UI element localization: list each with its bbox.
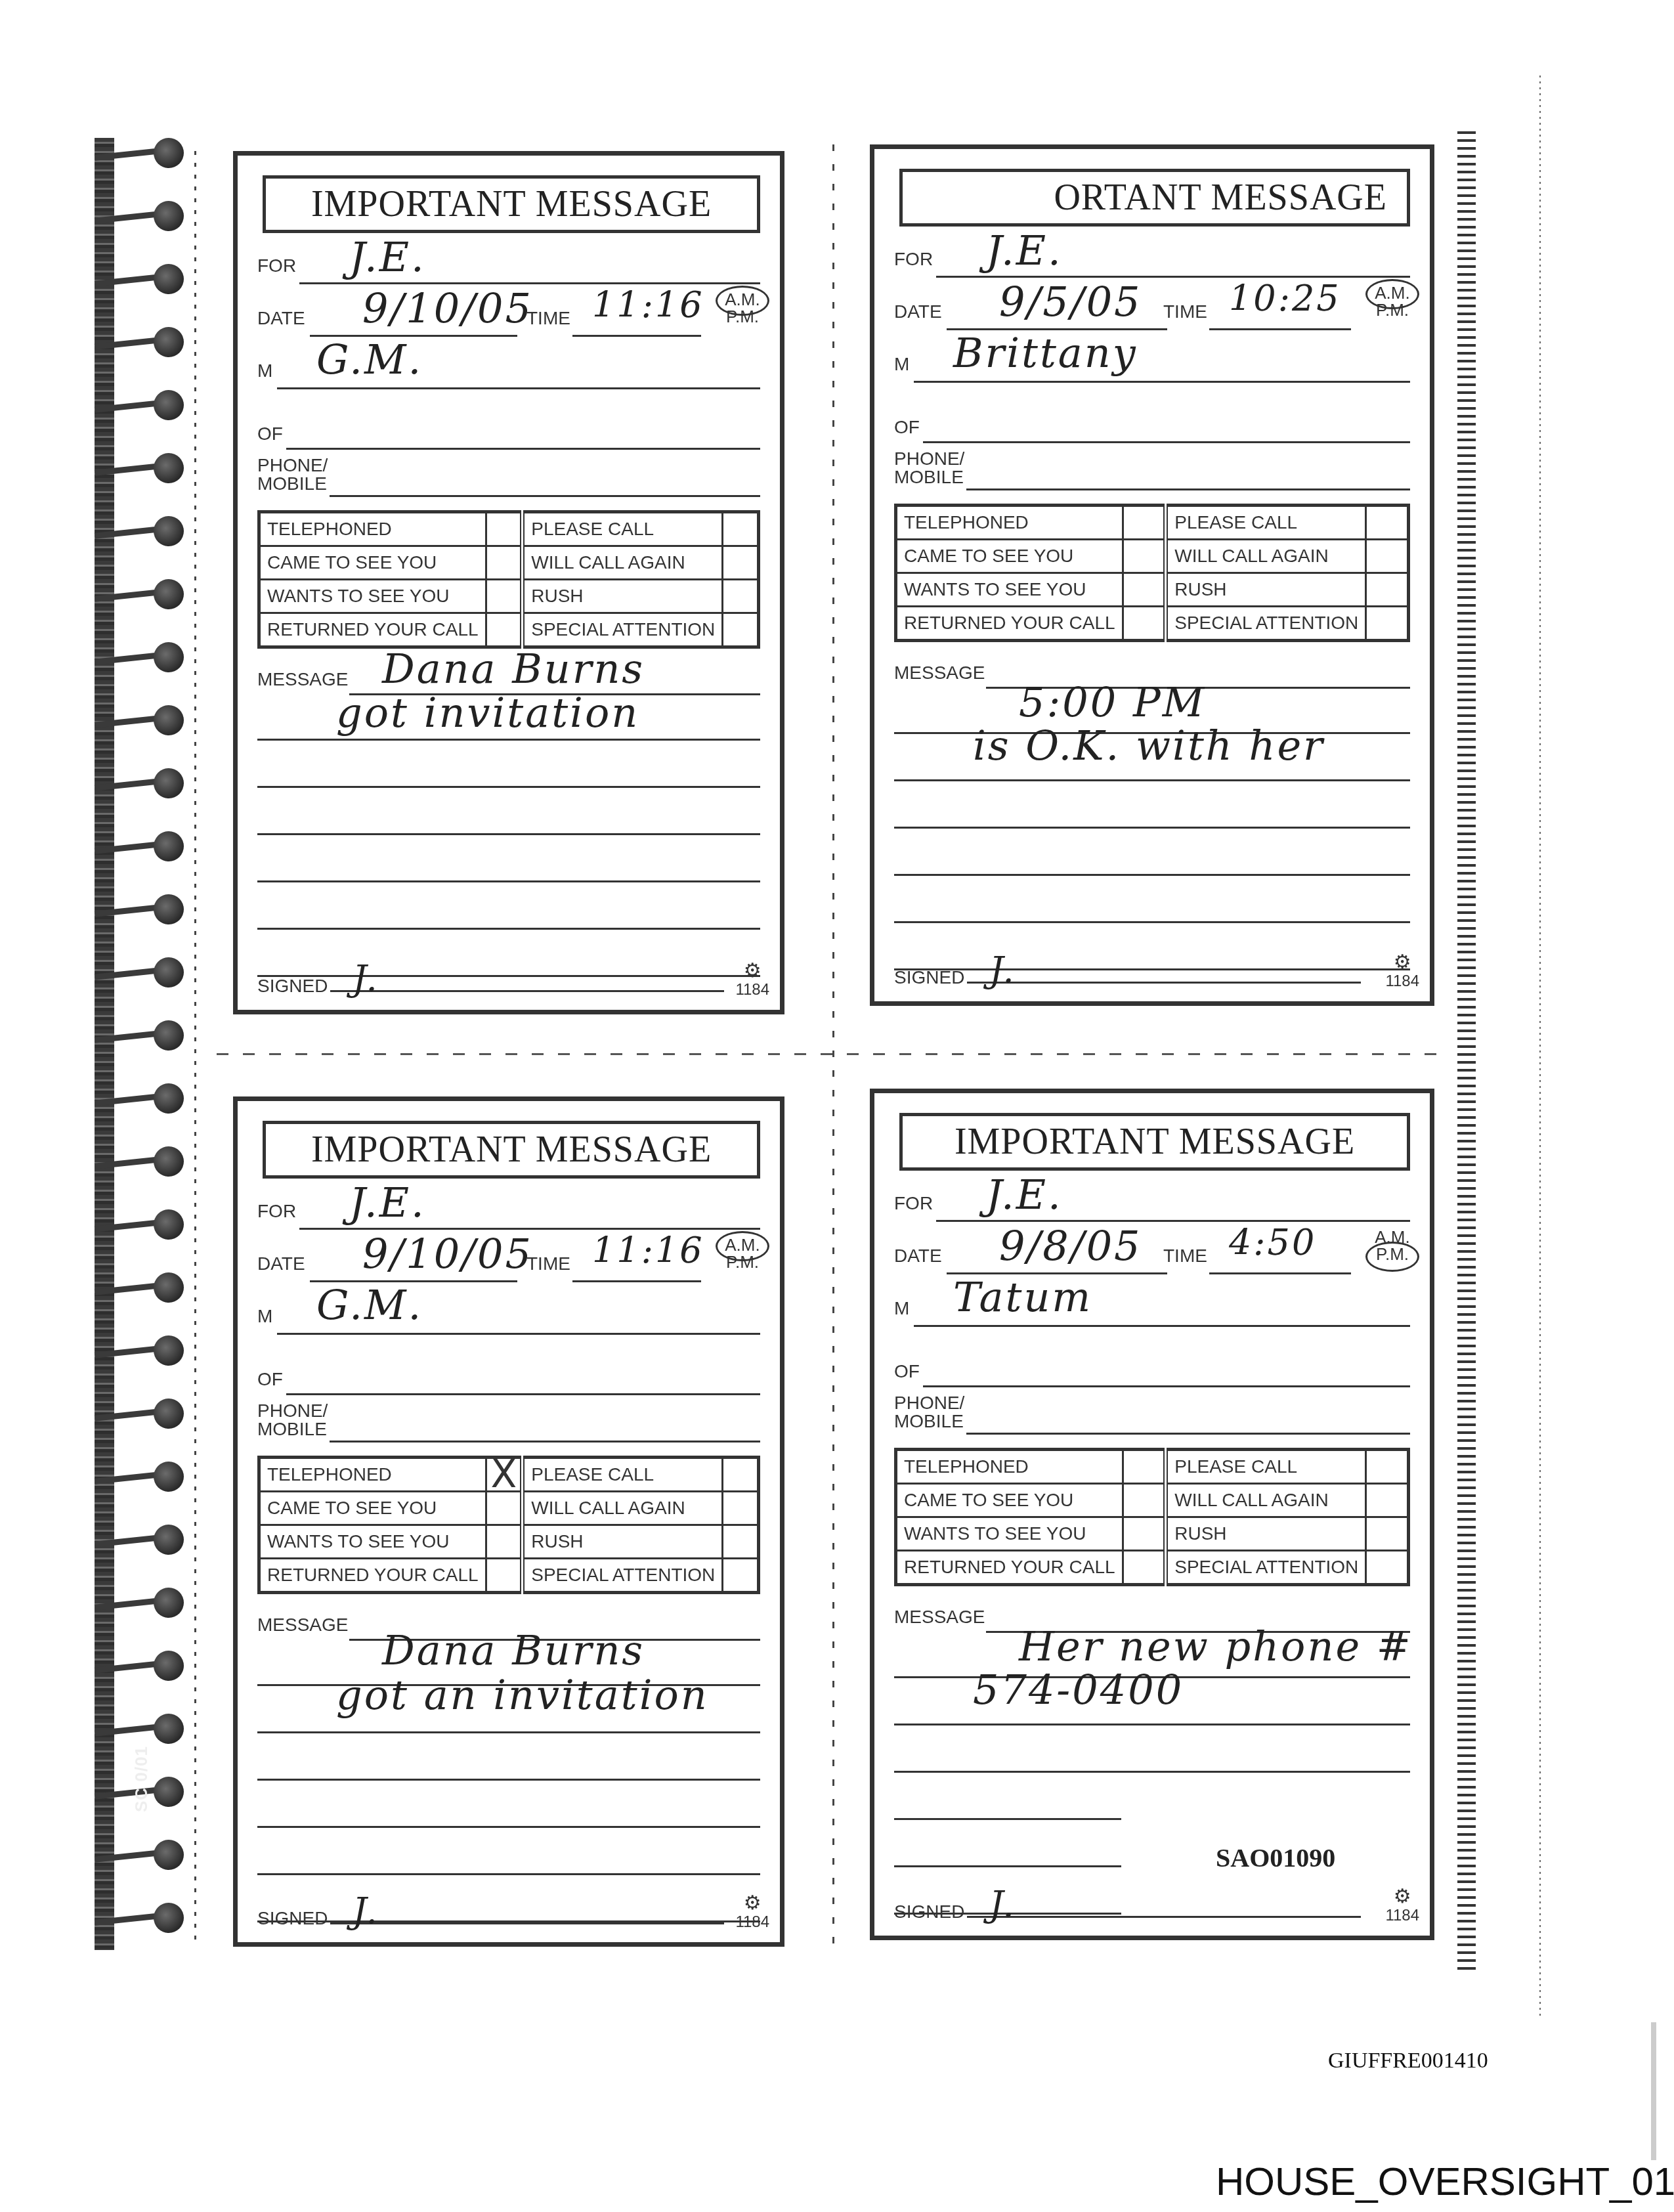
checkbox-label: WILL CALL AGAIN (1166, 540, 1366, 573)
for-value: J.E. (986, 227, 1063, 274)
message-rule (257, 880, 760, 882)
checkbox[interactable] (723, 1525, 759, 1559)
checkbox-label: TELEPHONED (259, 512, 486, 546)
message-rule (257, 833, 760, 835)
message-line-2: 574-0400 (973, 1666, 1184, 1714)
spiral-ring (85, 705, 184, 735)
phone-field: PHONE/MOBILE (894, 1394, 1410, 1435)
checkbox-row: WANTS TO SEE YOURUSH (259, 1525, 759, 1559)
spiral-ring (85, 453, 184, 483)
spiral-ring (85, 957, 184, 987)
date-value: 9/10/05 (362, 1230, 533, 1278)
am-pm-circle (1365, 279, 1419, 309)
message-line-2: got an invitation (336, 1671, 709, 1719)
checkbox-label: TELEPHONED (259, 1458, 486, 1492)
signed-field: SIGNED (257, 976, 724, 997)
checkbox[interactable] (723, 512, 759, 546)
spiral-ring (85, 201, 184, 231)
checkbox-grid: TELEPHONEDPLEASE CALLCAME TO SEE YOUWILL… (894, 1448, 1410, 1586)
checkbox-label: CAME TO SEE YOU (896, 1484, 1123, 1517)
for-value: J.E. (349, 1179, 426, 1226)
date-value: 9/10/05 (362, 284, 533, 332)
checkbox[interactable] (723, 613, 759, 647)
message-line-2: got invitation (336, 689, 639, 737)
checkbox[interactable] (723, 1559, 759, 1593)
publisher-logo-icon: ⚙ (1385, 1887, 1419, 1907)
checkbox[interactable] (1366, 540, 1409, 573)
date-value: 9/8/05 (999, 1222, 1142, 1270)
checkbox[interactable] (723, 580, 759, 613)
checkbox-label: TELEPHONED (896, 1450, 1123, 1484)
message-card-top-left: IMPORTANT MESSAGE FOR J.E. DATE TIME 9/1… (233, 151, 784, 1014)
checkbox-row: RETURNED YOUR CALLSPECIAL ATTENTION (896, 607, 1409, 641)
checkbox[interactable] (1366, 573, 1409, 607)
phone-field: PHONE/MOBILE (257, 1402, 760, 1442)
checkbox-label: CAME TO SEE YOU (259, 546, 486, 580)
checkbox-row: RETURNED YOUR CALLSPECIAL ATTENTION (896, 1551, 1409, 1585)
checkbox-label: WANTS TO SEE YOU (259, 1525, 486, 1559)
perforation-middle (217, 1053, 1438, 1055)
checkbox-label: SPECIAL ATTENTION (523, 613, 723, 647)
checkbox-row: CAME TO SEE YOUWILL CALL AGAIN (259, 546, 759, 580)
am-pm-circle (716, 1231, 769, 1261)
bates-house-oversight: HOUSE_OVERSIGHT_014269 (1216, 2159, 1674, 2204)
checkbox-row: CAME TO SEE YOUWILL CALL AGAIN (896, 540, 1409, 573)
for-value: J.E. (986, 1171, 1063, 1219)
message-rule (257, 739, 760, 741)
perforation-center (832, 144, 834, 1950)
checkbox-label: SPECIAL ATTENTION (1166, 607, 1366, 641)
checkbox-label: RUSH (523, 1525, 723, 1559)
from-value: G.M. (316, 336, 423, 383)
spiral-ring (85, 894, 184, 924)
message-line-2: is O.K. with her (973, 722, 1325, 770)
spiral-ring (85, 390, 184, 420)
spiral-ring (85, 1903, 184, 1933)
time-value: 4:50 (1229, 1222, 1316, 1263)
checkbox[interactable] (1123, 1551, 1166, 1585)
checkbox[interactable] (1366, 1450, 1409, 1484)
checkbox[interactable] (486, 546, 523, 580)
checkbox-grid: TELEPHONEDXPLEASE CALLCAME TO SEE YOUWIL… (257, 1456, 760, 1594)
checkbox[interactable] (723, 1458, 759, 1492)
spiral-ring (85, 1462, 184, 1492)
card-title: ORTANT MESSAGE (899, 169, 1410, 227)
message-line-1: 5:00 PM (1019, 678, 1206, 726)
checkbox[interactable] (1366, 506, 1409, 540)
message-rule (257, 1873, 760, 1875)
card-title: IMPORTANT MESSAGE (899, 1113, 1410, 1171)
checkbox-label: SPECIAL ATTENTION (523, 1559, 723, 1593)
form-number: ⚙ 1184 (735, 961, 769, 999)
spiral-ring (85, 768, 184, 798)
spiral-ring (85, 1525, 184, 1555)
checkbox[interactable]: X (486, 1458, 523, 1492)
of-field: OF (257, 423, 760, 450)
page-edge-dashes (1539, 76, 1541, 2019)
checkbox-label: RETURNED YOUR CALL (259, 613, 486, 647)
checkbox-grid: TELEPHONEDPLEASE CALLCAME TO SEE YOUWILL… (894, 504, 1410, 642)
checkbox[interactable] (486, 613, 523, 647)
spiral-ring (85, 579, 184, 609)
spiral-ring (85, 1399, 184, 1429)
signed-field: SIGNED (894, 967, 1361, 988)
message-rule (257, 1731, 760, 1733)
checkbox-label: WANTS TO SEE YOU (259, 580, 486, 613)
checkbox[interactable] (1123, 573, 1166, 607)
checkbox-row: TELEPHONEDPLEASE CALL (896, 1450, 1409, 1484)
signed-value: J. (353, 1890, 379, 1932)
message-line-1: Her new phone # (1019, 1622, 1413, 1670)
checkbox-row: CAME TO SEE YOUWILL CALL AGAIN (259, 1492, 759, 1525)
spiral-binding (85, 138, 184, 1950)
message-rule (257, 1826, 760, 1828)
publisher-logo-icon: ⚙ (735, 961, 769, 981)
message-rule (257, 928, 760, 930)
checkbox[interactable] (486, 1559, 523, 1593)
page-edge-shadow (1651, 2022, 1656, 2160)
signed-field: SIGNED (894, 1901, 1361, 1922)
message-line-1: Dana Burns (382, 1626, 645, 1674)
am-pm-indicator: A.M.P.M. (719, 291, 765, 325)
checkbox[interactable] (1366, 1517, 1409, 1551)
form-number: ⚙ 1184 (735, 1894, 769, 1932)
checkbox[interactable] (486, 1525, 523, 1559)
checkbox-label: RUSH (1166, 1517, 1366, 1551)
form-number: ⚙ 1184 (1385, 1887, 1419, 1925)
of-field: OF (257, 1369, 760, 1395)
checkbox-label: CAME TO SEE YOU (259, 1492, 486, 1525)
checkbox[interactable] (486, 580, 523, 613)
binding-code: SC 0/01 (131, 1746, 152, 1812)
spiral-ring (85, 1020, 184, 1051)
bates-stamp: SAO01090 (1216, 1842, 1335, 1873)
card-title: IMPORTANT MESSAGE (263, 175, 760, 233)
checkbox[interactable] (1123, 1517, 1166, 1551)
checkbox-label: RETURNED YOUR CALL (896, 1551, 1123, 1585)
message-rule (894, 1818, 1121, 1820)
for-value: J.E. (349, 233, 426, 281)
checkbox[interactable] (486, 512, 523, 546)
checkbox-label: PLEASE CALL (523, 1458, 723, 1492)
time-value: 10:25 (1229, 278, 1341, 319)
for-field: FOR (894, 1193, 1410, 1222)
checkbox-label: RETURNED YOUR CALL (896, 607, 1123, 641)
checkbox-label: PLEASE CALL (523, 512, 723, 546)
checkbox-label: WILL CALL AGAIN (523, 1492, 723, 1525)
spiral-ring (85, 516, 184, 546)
perforation-right (1457, 131, 1476, 1970)
checkbox-label: TELEPHONED (896, 506, 1123, 540)
checkbox[interactable] (1123, 1450, 1166, 1484)
spiral-ring (85, 1840, 184, 1870)
spiral-ring (85, 642, 184, 672)
am-pm-circle (716, 286, 769, 316)
checkbox-label: RUSH (523, 580, 723, 613)
checkbox-label: WILL CALL AGAIN (1166, 1484, 1366, 1517)
of-field: OF (894, 1361, 1410, 1387)
time-value: 11:16 (592, 1230, 704, 1271)
checkbox[interactable] (1366, 1551, 1409, 1585)
checkbox-label: RUSH (1166, 573, 1366, 607)
signed-value: J. (989, 949, 1016, 991)
message-rule (894, 1771, 1410, 1773)
from-value: G.M. (316, 1281, 423, 1329)
checkbox-label: SPECIAL ATTENTION (1166, 1551, 1366, 1585)
checkbox[interactable] (1366, 1484, 1409, 1517)
checkbox-row: TELEPHONEDXPLEASE CALL (259, 1458, 759, 1492)
message-rule (257, 786, 760, 788)
checkbox-label: PLEASE CALL (1166, 1450, 1366, 1484)
date-field: DATE TIME (894, 1246, 1410, 1274)
perforation-left (194, 151, 196, 1943)
checkbox-row: WANTS TO SEE YOURUSH (259, 580, 759, 613)
for-field: FOR (257, 1201, 760, 1230)
phone-field: PHONE/MOBILE (894, 450, 1410, 490)
message-rule (894, 874, 1410, 876)
checkbox-row: RETURNED YOUR CALLSPECIAL ATTENTION (259, 613, 759, 647)
date-value: 9/5/05 (999, 278, 1142, 326)
from-value: Tatum (953, 1273, 1092, 1321)
checkbox[interactable] (723, 1492, 759, 1525)
signed-value: J. (353, 958, 379, 999)
message-rule (894, 1724, 1410, 1725)
spiral-ring (85, 831, 184, 861)
spiral-ring (85, 1588, 184, 1618)
checkbox-row: WANTS TO SEE YOURUSH (896, 573, 1409, 607)
checkbox-row: RETURNED YOUR CALLSPECIAL ATTENTION (259, 1559, 759, 1593)
spiral-ring (85, 264, 184, 294)
checkbox-label: WANTS TO SEE YOU (896, 573, 1123, 607)
checkbox[interactable] (1123, 506, 1166, 540)
message-rule (894, 1865, 1121, 1867)
am-pm-indicator: A.M.P.M. (1369, 1228, 1415, 1263)
message-card-bottom-left: IMPORTANT MESSAGE FOR J.E. DATE TIME 9/1… (233, 1096, 784, 1947)
check-x-icon: X (491, 1455, 517, 1493)
checkbox[interactable] (1123, 607, 1166, 641)
checkbox-row: TELEPHONEDPLEASE CALL (259, 512, 759, 546)
message-card-top-right: ORTANT MESSAGE FOR J.E. DATE TIME 9/5/05… (870, 144, 1434, 1006)
checkbox-label: CAME TO SEE YOU (896, 540, 1123, 573)
am-pm-indicator: A.M.P.M. (719, 1236, 765, 1270)
signed-field: SIGNED (257, 1908, 724, 1929)
checkbox-label: WANTS TO SEE YOU (896, 1517, 1123, 1551)
spiral-ring (85, 138, 184, 168)
checkbox-grid: TELEPHONEDPLEASE CALLCAME TO SEE YOUWILL… (257, 510, 760, 649)
for-field: FOR (894, 249, 1410, 278)
checkbox-row: TELEPHONEDPLEASE CALL (896, 506, 1409, 540)
phone-field: PHONE/MOBILE (257, 456, 760, 497)
spiral-ring (85, 1209, 184, 1240)
from-value: Brittany (953, 329, 1138, 377)
publisher-logo-icon: ⚙ (735, 1894, 769, 1913)
spiral-ring (85, 1146, 184, 1177)
am-pm-circle (1365, 1242, 1419, 1272)
spiral-ring (85, 1335, 184, 1366)
checkbox[interactable] (723, 546, 759, 580)
time-value: 11:16 (592, 284, 704, 326)
message-rule (894, 779, 1410, 781)
checkbox[interactable] (1123, 540, 1166, 573)
for-field: FOR (257, 255, 760, 284)
spiral-ring (85, 1714, 184, 1744)
spiral-ring (85, 1083, 184, 1114)
publisher-logo-icon: ⚙ (1385, 953, 1419, 972)
checkbox[interactable] (486, 1492, 523, 1525)
card-title: IMPORTANT MESSAGE (263, 1121, 760, 1179)
message-card-bottom-right: IMPORTANT MESSAGE FOR J.E. DATE TIME 9/8… (870, 1089, 1434, 1940)
form-number: ⚙ 1184 (1385, 953, 1419, 991)
checkbox-label: RETURNED YOUR CALL (259, 1559, 486, 1593)
checkbox[interactable] (1366, 607, 1409, 641)
spiral-ring (85, 1272, 184, 1303)
spiral-ring (85, 1651, 184, 1681)
of-field: OF (894, 417, 1410, 443)
checkbox-label: PLEASE CALL (1166, 506, 1366, 540)
message-rule (257, 1779, 760, 1781)
checkbox[interactable] (1123, 1484, 1166, 1517)
message-rule (894, 921, 1410, 923)
bates-giuffre: GIUFFRE001410 (1328, 2049, 1488, 2073)
message-line-1: Dana Burns (382, 645, 645, 693)
spiral-ring (85, 327, 184, 357)
checkbox-label: WILL CALL AGAIN (523, 546, 723, 580)
signed-value: J. (989, 1884, 1016, 1925)
checkbox-row: CAME TO SEE YOUWILL CALL AGAIN (896, 1484, 1409, 1517)
am-pm-indicator: A.M.P.M. (1369, 284, 1415, 318)
message-rule (894, 827, 1410, 829)
checkbox-row: WANTS TO SEE YOURUSH (896, 1517, 1409, 1551)
